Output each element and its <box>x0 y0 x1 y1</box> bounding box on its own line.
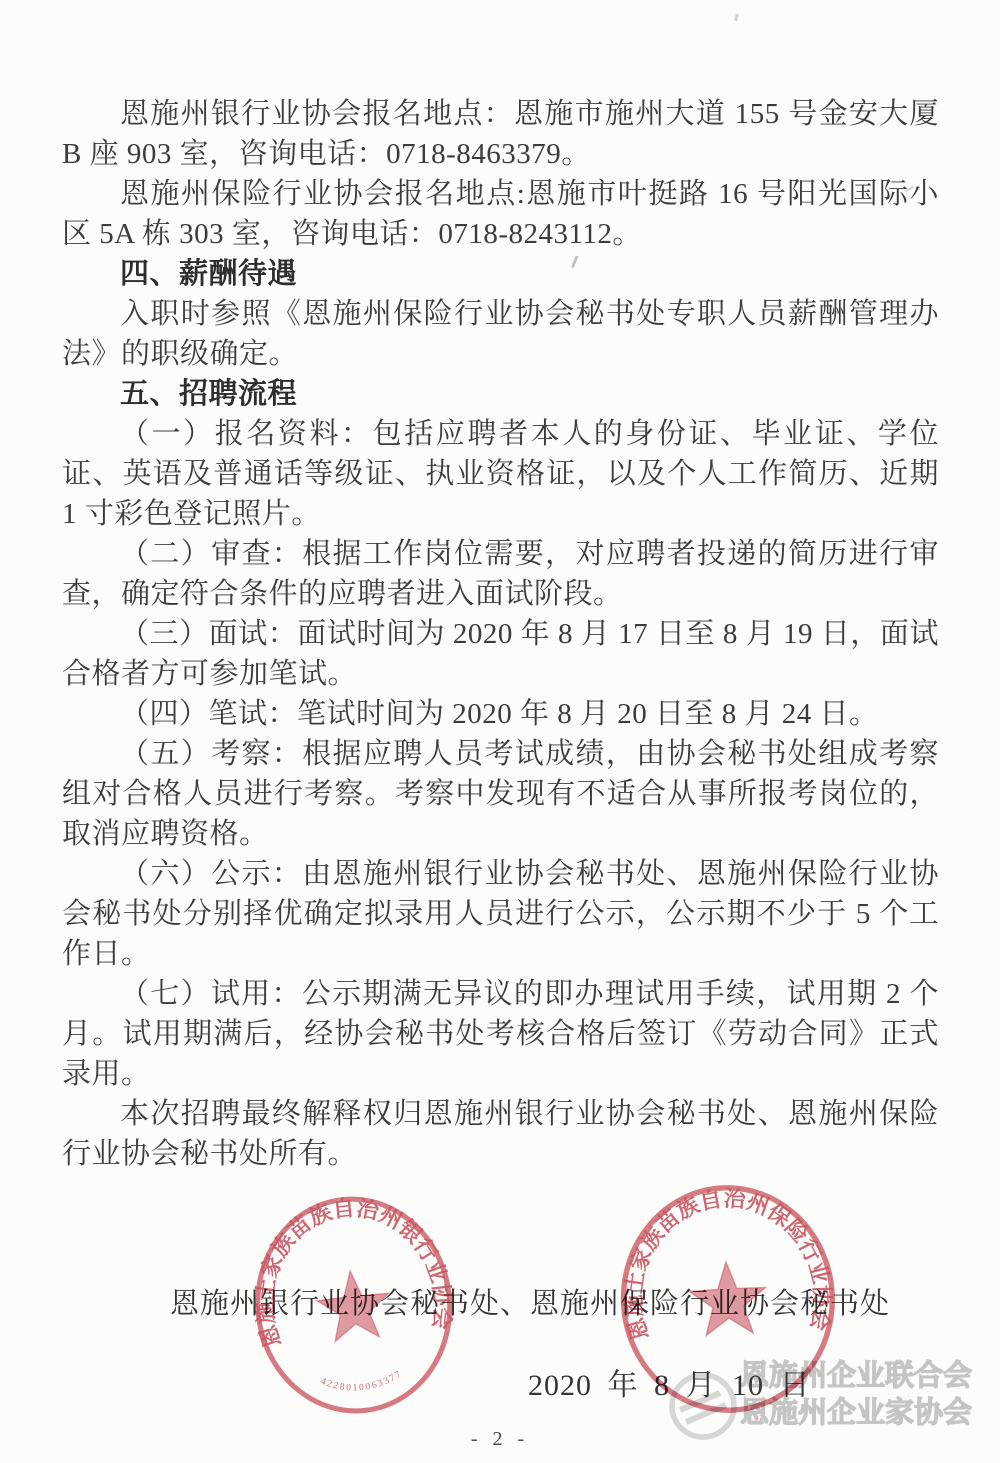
section-heading-recruitment-process: 五、招聘流程 <box>62 374 939 414</box>
scan-artifact <box>734 14 739 22</box>
seal-left-ring-textpath: 恩施土家族苗族自治州银行业协会 <box>242 1186 459 1352</box>
signature-issuers: 恩施州银行业协会秘书处、恩施州保险行业协会秘书处 <box>170 1281 890 1322</box>
page-number: - 2 - <box>0 1428 1000 1451</box>
seal-ring-text: 恩施土家族苗族自治州银行业协会 <box>242 1186 459 1352</box>
document-body: 恩施州银行业协会报名地点：恩施市施州大道 155 号金安大厦 B 座 903 室… <box>62 94 939 1174</box>
seal-serial-number: 4228010063377 <box>318 1367 406 1397</box>
paragraph-step-5-inspection: （五）考察：根据应聘人员考试成绩，由协会秘书处组成考察组对合格人员进行考察。考察… <box>62 734 939 854</box>
paragraph-step-6-publicity: （六）公示：由恩施州银行业协会秘书处、恩施州保险行业协会秘书处分别择优确定拟录用… <box>62 854 939 974</box>
section-heading-salary: 四、薪酬待遇 <box>62 254 939 294</box>
scanned-document-page: 恩施州银行业协会报名地点：恩施市施州大道 155 号金安大厦 B 座 903 室… <box>0 0 1000 1463</box>
paragraph-insurance-registration-address: 恩施州保险行业协会报名地点:恩施市叶挺路 16 号阳光国际小区 5A 栋 303… <box>62 174 939 254</box>
paragraph-bank-registration-address: 恩施州银行业协会报名地点：恩施市施州大道 155 号金安大厦 B 座 903 室… <box>62 94 939 174</box>
paragraph-final-interpretation: 本次招聘最终解释权归恩施州银行业协会秘书处、恩施州保险行业协会秘书处所有。 <box>62 1094 939 1174</box>
paragraph-step-4-written-test: （四）笔试：笔试时间为 2020 年 8 月 20 日至 8 月 24 日。 <box>62 694 939 734</box>
paragraph-salary-policy: 入职时参照《恩施州保险行业协会秘书处专职人员薪酬管理办法》的职级确定。 <box>62 294 939 374</box>
seal-left-serial-textpath: 4228010063377 <box>318 1367 406 1397</box>
paragraph-step-1-materials: （一）报名资料：包括应聘者本人的身份证、毕业证、学位证、英语及普通话等级证、执业… <box>62 414 939 534</box>
paragraph-step-7-probation: （七）试用：公示期满无异议的即办理试用手续，试用期 2 个月。试用期满后，经协会… <box>62 974 939 1094</box>
signature-date: 2020 年 8 月 10 日 <box>528 1360 811 1404</box>
paragraph-step-3-interview: （三）面试：面试时间为 2020 年 8 月 17 日至 8 月 19 日，面试… <box>62 614 939 694</box>
paragraph-step-2-review: （二）审查：根据工作岗位需要，对应聘者投递的简历进行审查，确定符合条件的应聘者进… <box>62 534 939 614</box>
